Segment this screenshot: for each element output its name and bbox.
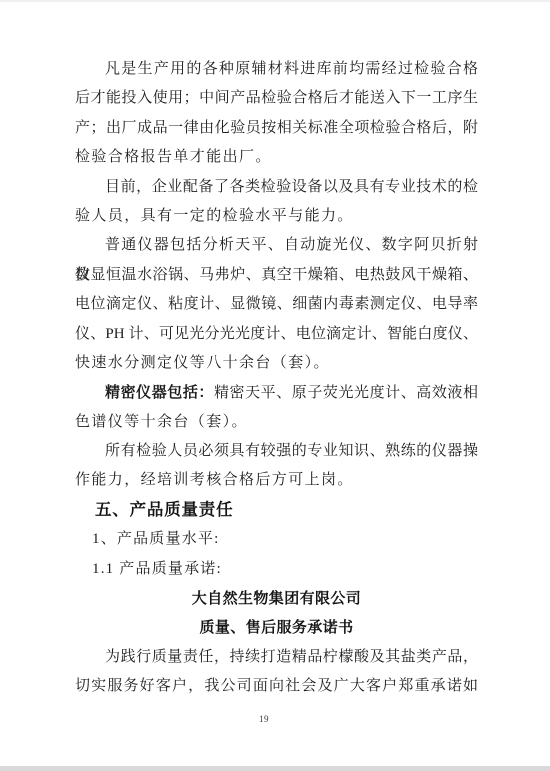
text-line: 切实服务好客户，我公司面向社会及广大客户郑重承诺如 [75, 672, 478, 701]
text-line: 产；出厂成品一律由化验员按相关标准全项检验合格后，附 [75, 114, 478, 143]
text-line: 所有检验人员必须具有较强的专业知识、熟练的仪器操 [75, 437, 478, 466]
text-line: 普通仪器包括分析天平、自动旋光仪、数字阿贝折射仪、 [75, 231, 478, 260]
text-line: 快速水分测定仪等八十余台（套）。 [75, 349, 478, 378]
paragraph-equipment-and-personnel: 目前，企业配备了各类检验设备以及具有专业技术的检 验人员，具有一定的检验水平与能… [75, 173, 478, 232]
pledge-title: 质量、售后服务承诺书 [75, 613, 478, 642]
text-line: 为践行质量责任，持续打造精品柠檬酸及其盐类产品， [75, 643, 478, 672]
paragraph-common-instruments: 普通仪器包括分析天平、自动旋光仪、数字阿贝折射仪、 数显恒温水浴锅、马弗炉、真空… [75, 231, 478, 378]
paragraph-quality-pledge-intro: 为践行质量责任，持续打造精品柠檬酸及其盐类产品， 切实服务好客户，我公司面向社会… [75, 643, 478, 702]
document-page: 凡是生产用的各种原辅材料进库前均需经过检验合格 后才能投入使用；中间产品检验合格… [75, 55, 478, 702]
paragraph-incoming-material-inspection: 凡是生产用的各种原辅材料进库前均需经过检验合格 后才能投入使用；中间产品检验合格… [75, 55, 478, 173]
page-number: 19 [0, 714, 528, 724]
text-line: 数显恒温水浴锅、马弗炉、真空干燥箱、电热鼓风干燥箱、 [75, 261, 478, 290]
bold-lead-text: 精密仪器包括： [105, 384, 214, 401]
section-heading-product-quality-responsibility: 五、产品质量责任 [75, 496, 478, 525]
lead-rest-text: 精密天平、原子荧光光度计、高效液相 [214, 385, 478, 401]
company-name: 大自然生物集团有限公司 [75, 584, 478, 613]
text-line: 色谱仪等十余台（套）。 [75, 408, 478, 437]
text-line: 目前，企业配备了各类检验设备以及具有专业技术的检 [75, 173, 478, 202]
text-line: 检验合格报告单才能出厂。 [75, 143, 478, 172]
list-item-product-quality-level: 1、产品质量水平: [75, 525, 478, 554]
text-line: 验人员，具有一定的检验水平与能力。 [75, 202, 478, 231]
list-item-product-quality-commitment: 1.1 产品质量承诺: [75, 555, 478, 584]
text-line: 电位滴定仪、粘度计、显微镜、细菌内毒素测定仪、电导率 [75, 290, 478, 319]
paragraph-personnel-qualification: 所有检验人员必须具有较强的专业知识、熟练的仪器操 作能力，经培训考核合格后方可上… [75, 437, 478, 496]
page-bottom-edge [0, 766, 550, 771]
text-line: 仪、PH 计、可见光分光光度计、电位滴定计、智能白度仪、 [75, 320, 478, 349]
page-top-edge [0, 0, 550, 2]
text-line: 作能力，经培训考核合格后方可上岗。 [75, 466, 478, 495]
text-line: 后才能投入使用；中间产品检验合格后才能送入下一工序生 [75, 84, 478, 113]
paragraph-precision-instruments: 精密仪器包括：精密天平、原子荧光光度计、高效液相 色谱仪等十余台（套）。 [75, 378, 478, 437]
text-line: 凡是生产用的各种原辅材料进库前均需经过检验合格 [75, 55, 478, 84]
text-line: 精密仪器包括：精密天平、原子荧光光度计、高效液相 [75, 378, 478, 407]
